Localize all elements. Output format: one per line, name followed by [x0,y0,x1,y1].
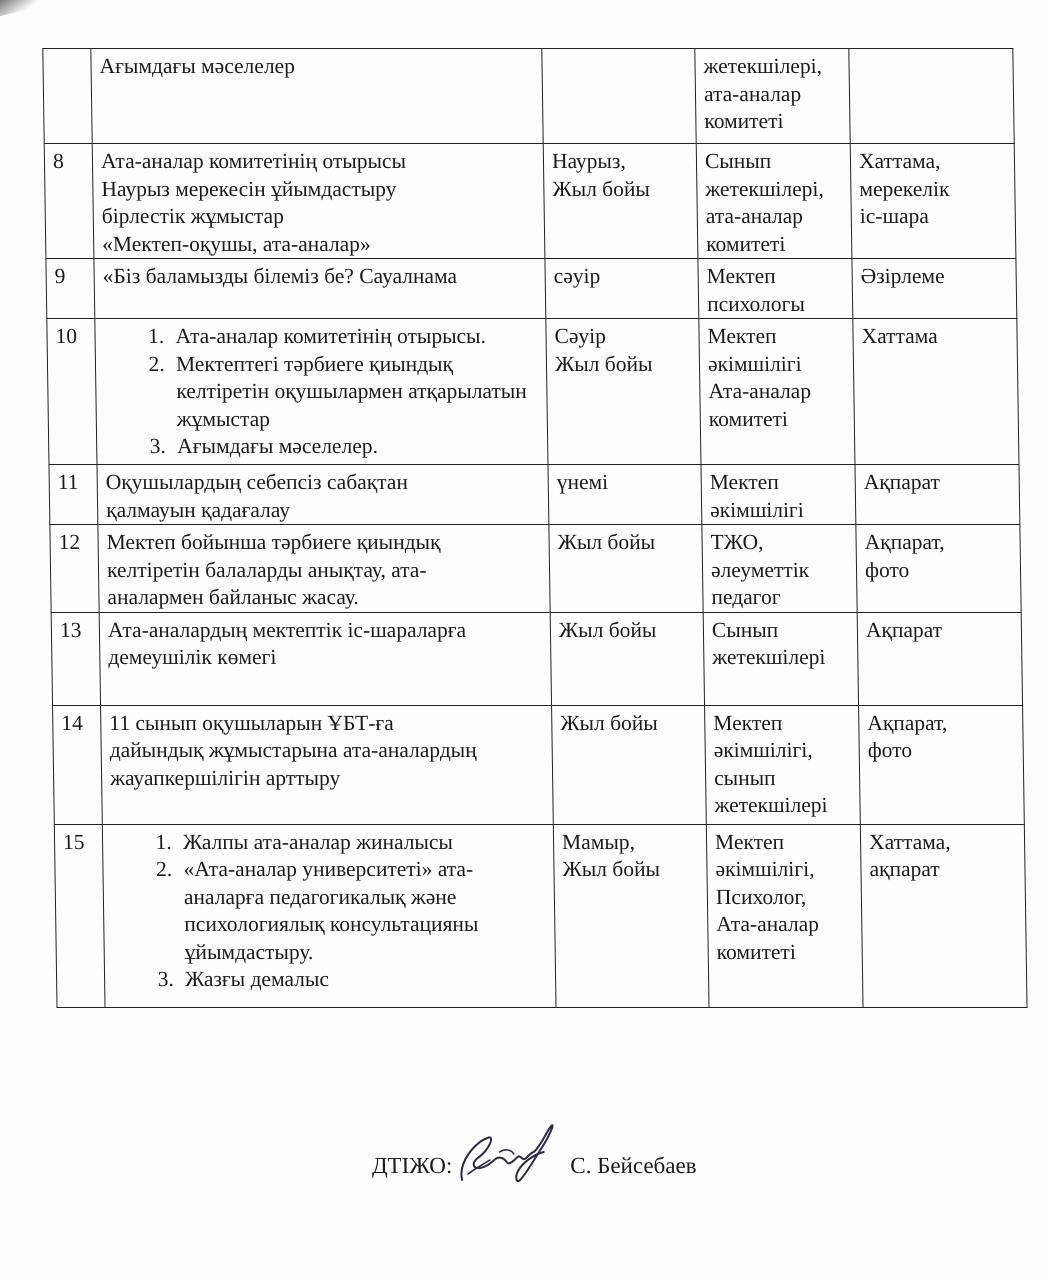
completion-form-cell: Хаттама,ақпарат [860,824,1027,1007]
row-number-cell: 12 [50,525,99,613]
event-list-item: Жалпы ата-аналар жиналысы [177,829,545,857]
event-cell: Оқушылардың себепсіз сабақтанқалмауын қа… [97,465,549,525]
timing-text-line: сәуір [553,263,689,291]
responsible-text-line: жетекшілері [714,792,851,820]
row-number: 8 [53,149,64,173]
event-numbered-list: Жалпы ата-аналар жиналысы«Ата-аналар уни… [111,829,547,994]
responsible-text-line: Сынып [712,617,849,645]
table-row: 15Жалпы ата-аналар жиналысы«Ата-аналар у… [54,824,1027,1007]
responsible-text-line: әлеуметтік [711,557,848,585]
table-row: 1411 сынып оқушыларын ҰБТ-ғадайындық жұм… [53,705,1025,824]
responsible-cell: Сыныпжетекшілері,ата-аналаркомитеті [696,144,852,259]
responsible-text-line: ата-аналар [704,81,841,109]
event-text-line: «Біз баламызды білеміз бе? Сауалнама [102,263,536,291]
timing-cell: Мамыр,Жыл бойы [553,824,709,1007]
table-row: 9«Біз баламызды білеміз бе? Сауалнамасәу… [46,259,1017,319]
event-text-line: бірлестік жұмыстар [102,203,536,231]
responsible-text-line: Сынып [705,148,842,176]
timing-text-line: Жыл бойы [557,529,693,557]
document-page: Ағымдағы мәселелержетекшілері,ата-аналар… [0,0,1048,1280]
table-row: 10Ата-аналар комитетінің отырысы.Мектепт… [47,319,1019,465]
event-text-line: Наурыз мерекесін ұйымдастыру [101,176,535,204]
row-number-cell: 8 [44,144,94,259]
form-text-line: Ақпарат [864,469,1011,497]
timing-text-line: үнемі [557,469,693,497]
event-cell: «Біз баламызды білеміз бе? Сауалнама [94,259,546,319]
event-cell: 11 сынып оқушыларын ҰБТ-ғадайындық жұмыс… [101,705,554,824]
responsible-text-line: әкімшілігі [708,351,845,379]
timing-cell: үнемі [548,465,702,525]
completion-form-cell: Әзірлеме [852,259,1017,319]
event-numbered-list: Ата-аналар комитетінің отырысы.Мектептег… [103,323,539,461]
form-text-line: Әзірлеме [860,263,1007,291]
completion-form-cell: Хаттама [853,319,1019,465]
form-text-line: фото [865,557,1012,585]
event-text-line: 11 сынып оқушыларын ҰБТ-ға [109,710,543,738]
responsible-text-line: Ата-аналар [716,911,853,939]
form-text-line: Хаттама, [869,829,1016,857]
timing-text-line: Жыл бойы [559,617,695,645]
row-number-cell [43,49,92,144]
responsible-text-line: Мектеп [706,263,843,291]
event-text-line: «Мектеп-оқушы, ата-аналар» [102,231,536,259]
event-text-line: Оқушылардың себепсіз сабақтан [106,469,540,497]
responsible-text-line: Ата-аналар [708,378,845,406]
event-text-line: Ағымдағы мәселелер [99,53,533,81]
event-text-line: дайындық жұмыстарына ата-аналардың [110,737,544,765]
responsible-text-line: әкімшілігі, [715,856,852,884]
completion-form-cell: Ақпарат,фото [856,525,1021,613]
event-text-line: Ата-аналардың мектептік іс-шараларға [108,617,542,645]
form-text-line: Хаттама, [859,148,1006,176]
event-cell: Мектеп бойынша тәрбиеге қиындықкелтіреті… [98,525,550,613]
timing-text-line: Жыл бойы [552,176,688,204]
row-number: 10 [55,324,77,348]
event-list-item: «Ата-аналар университеті» ата-аналарға п… [177,856,547,966]
form-text-line: Ақпарат, [864,529,1011,557]
timing-cell: Жыл бойы [549,525,703,613]
row-number: 14 [61,711,83,735]
completion-form-cell: Хаттама,мерекелікіс-шара [850,144,1016,259]
signature-block: ДТІЖО: С. Бейсебаев [372,1146,697,1186]
timing-text-line: Наурыз, [552,148,688,176]
timing-text-line: Жыл бойы [562,856,698,884]
responsible-text-line: әкімшілігі [710,497,847,525]
event-text-line: демеушілік көмегі [108,644,542,672]
responsible-text-line: комитеті [709,406,846,434]
responsible-text-line: педагог [711,584,848,612]
responsible-text-line: комитеті [717,939,854,967]
timing-cell: сәуір [545,259,699,319]
responsible-cell: Мектеппсихологы [698,259,853,319]
event-cell: Ата-аналар комитетінің отырысы.Мектептег… [95,319,548,465]
table-row: Ағымдағы мәселелержетекшілері,ата-аналар… [43,49,1014,144]
event-list-item: Мектептегі тәрбиеге қиындық келтіретін о… [170,351,539,434]
form-text-line: мерекелік [859,176,1006,204]
table-row: 13Ата-аналардың мектептік іс-шараларғаде… [51,612,1022,705]
responsible-text-line: жетекшілері [712,644,849,672]
timing-text-line: Мамыр, [562,829,698,857]
responsible-cell: МектепәкімшілігіАта-аналаркомитеті [699,319,855,465]
responsible-text-line: Мектеп [707,323,844,351]
timing-cell: Жыл бойы [552,705,707,824]
responsible-text-line: Мектеп [713,710,850,738]
responsible-text-line: Мектеп [710,469,847,497]
signer-name: С. Бейсебаев [570,1153,697,1179]
form-text-line: Хаттама [861,323,1008,351]
row-number: 9 [54,264,65,288]
timing-text-line: Жыл бойы [555,351,691,379]
row-number-cell: 9 [46,259,95,319]
form-text-line: фото [868,737,1015,765]
timing-text-line: Жыл бойы [560,710,696,738]
responsible-text-line: сынып [714,765,851,793]
event-cell: Жалпы ата-аналар жиналысы«Ата-аналар уни… [102,824,556,1007]
responsible-text-line: жетекшілері, [705,176,842,204]
timing-cell: Жыл бойы [550,612,704,705]
event-list-item: Ата-аналар комитетінің отырысы. [169,323,537,351]
completion-form-cell: Ақпарат [857,612,1022,705]
responsible-cell: жетекшілері,ата-аналаркомитеті [695,49,850,144]
timing-cell: СәуірЖыл бойы [546,319,701,465]
row-number: 12 [58,530,80,554]
timing-cell: Наурыз,Жыл бойы [543,144,698,259]
row-number-cell: 11 [49,465,98,525]
form-text-line: іс-шара [860,203,1007,231]
responsible-cell: Сыныпжетекшілері [703,612,858,705]
table-row: 11Оқушылардың себепсіз сабақтанқалмауын … [49,465,1020,525]
event-text-line: келтіретін балаларды анықтау, ата- [107,557,541,585]
responsible-cell: Мектепәкімшілігі,Психолог,Ата-аналаркоми… [706,824,863,1007]
handwritten-signature-icon [456,1122,557,1186]
table-row: 12Мектеп бойынша тәрбиеге қиындықкелтіре… [50,525,1021,613]
event-text-line: Мектеп бойынша тәрбиеге қиындық [106,529,540,557]
row-number: 13 [60,618,82,642]
event-cell: Ағымдағы мәселелер [91,49,543,144]
row-number-cell: 15 [54,824,105,1007]
timing-text-line: Сәуір [554,323,690,351]
event-text-line: аналармен байланыс жасау. [107,584,541,612]
responsible-cell: Мектепәкімшілігі [701,465,856,525]
completion-form-cell [849,49,1014,144]
row-number: 15 [63,830,85,854]
responsible-text-line: әкімшілігі, [714,737,851,765]
activity-plan-table: Ағымдағы мәселелержетекшілері,ата-аналар… [42,48,1027,1008]
event-list-item: Жазғы демалыс [179,966,547,994]
completion-form-cell: Ақпарат,фото [859,705,1025,824]
signature-title: ДТІЖО: [372,1153,453,1179]
table-row: 8Ата-аналар комитетінің отырысыНаурыз ме… [44,144,1016,259]
responsible-text-line: жетекшілері, [703,53,840,81]
responsible-text-line: комитеті [704,108,841,136]
timing-cell [542,49,696,144]
form-text-line: Ақпарат [866,617,1013,645]
responsible-text-line: ата-аналар [706,203,843,231]
event-text-line: Ата-аналар комитетінің отырысы [101,148,535,176]
completion-form-cell: Ақпарат [855,465,1020,525]
row-number-cell: 13 [51,612,100,705]
event-text-line: жауапкершілігін арттыру [110,765,544,793]
event-cell: Ата-аналардың мектептік іс-шараларғадеме… [99,612,551,705]
responsible-text-line: психологы [707,291,844,319]
responsible-text-line: Мектеп [715,829,852,857]
row-number-cell: 14 [53,705,103,824]
event-cell: Ата-аналар комитетінің отырысыНаурыз мер… [92,144,545,259]
event-text-line: қалмауын қадағалау [106,497,540,525]
form-text-line: Ақпарат, [867,710,1014,738]
row-number-cell: 10 [47,319,97,465]
responsible-cell: Мектепәкімшілігі,сыныпжетекшілері [705,705,861,824]
responsible-text-line: комитеті [706,231,843,259]
responsible-text-line: ТЖО, [710,529,847,557]
row-number: 11 [58,470,79,494]
event-list-item: Ағымдағы мәселелер. [171,433,539,461]
form-text-line: ақпарат [869,856,1016,884]
responsible-text-line: Психолог, [716,884,853,912]
responsible-cell: ТЖО,әлеуметтікпедагог [702,525,857,613]
